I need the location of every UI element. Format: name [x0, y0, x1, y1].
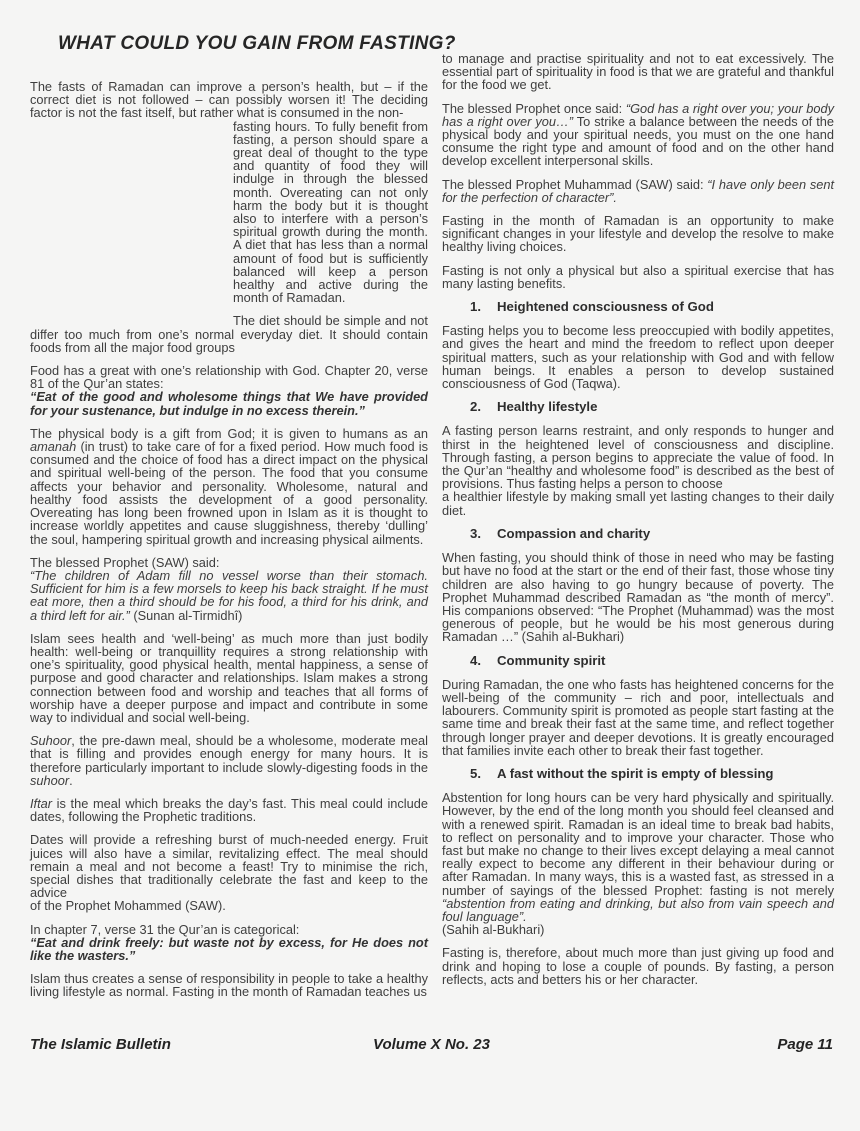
paragraph: In chapter 7, verse 31 the Qur’an is cat… — [30, 923, 428, 963]
section-heading: 5.A fast without the spirit is empty of … — [470, 767, 834, 780]
paragraph: Food has a great with one’s relationship… — [30, 364, 428, 417]
text-run: . — [69, 773, 73, 788]
text-run: Abstention for long hours can be very ha… — [442, 790, 834, 897]
paragraph: The blessed Prophet Muhammad (SAW) said:… — [442, 178, 834, 204]
section-title: Healthy lifestyle — [497, 399, 597, 414]
text-run: Islam thus creates a sense of responsibi… — [30, 971, 428, 999]
section-heading: 2.Healthy lifestyle — [470, 400, 834, 413]
section-number: 5. — [470, 767, 497, 780]
image-placeholder — [30, 120, 233, 318]
paragraph: The physical body is a gift from God; it… — [30, 427, 428, 546]
paragraph: Islam thus creates a sense of responsibi… — [30, 972, 428, 998]
text-run: “Eat of the good and wholesome things th… — [30, 389, 428, 417]
text-run: fasting hours. To fully benefit from fas… — [233, 119, 428, 306]
section-heading: 3.Compassion and charity — [470, 527, 834, 540]
paragraph: When fasting, you should think of those … — [442, 551, 834, 643]
section-title: Heightened consciousness of God — [497, 299, 714, 314]
text-run: During Ramadan, the one who fasts has he… — [442, 677, 834, 758]
text-run: is the meal which breaks the day’s fast.… — [30, 796, 428, 824]
text-run: Fasting is, therefore, about much more t… — [442, 945, 834, 986]
paragraph: to manage and practise spirituality and … — [442, 52, 834, 92]
text-run: When fasting, you should think of those … — [442, 550, 834, 644]
text-run: The fasts of Ramadan can improve a perso… — [30, 79, 428, 120]
paragraph: A fasting person learns restraint, and o… — [442, 424, 834, 516]
section-number: 4. — [470, 654, 497, 667]
page-footer: The Islamic Bulletin Volume X No. 23 Pag… — [30, 1036, 833, 1053]
section-number: 1. — [470, 300, 497, 313]
text-run: , the pre-dawn meal, should be a wholeso… — [30, 733, 428, 774]
text-run: (Sahih al-Bukhari) — [442, 922, 544, 937]
right-column: to manage and practise spirituality and … — [442, 52, 834, 1009]
paragraph: Fasting is not only a physical but also … — [442, 264, 834, 290]
text-run: Islam sees health and ‘well-being’ as mu… — [30, 631, 428, 725]
footer-publication: The Islamic Bulletin — [30, 1036, 171, 1053]
text-run: A fasting person learns restraint, and o… — [442, 423, 834, 491]
paragraph: The blessed Prophet once said: “God has … — [442, 102, 834, 168]
section-heading: 4.Community spirit — [470, 654, 834, 667]
text-run: to manage and practise spirituality and … — [442, 51, 834, 92]
paragraph: The fasts of Ramadan can improve a perso… — [30, 80, 428, 120]
text-run: Food has a great with one’s relationship… — [30, 363, 428, 391]
footer-page-number: Page 11 — [777, 1036, 833, 1053]
section-title: A fast without the spirit is empty of bl… — [497, 766, 773, 781]
text-run: Fasting is not only a physical but also … — [442, 263, 834, 291]
paragraph: Abstention for long hours can be very ha… — [442, 791, 834, 936]
paragraph: The diet should be simple and not differ… — [30, 314, 428, 354]
paragraph: Islam sees health and ‘well-being’ as mu… — [30, 632, 428, 724]
paragraph: Suhoor, the pre-dawn meal, should be a w… — [30, 734, 428, 787]
paragraph: During Ramadan, the one who fasts has he… — [442, 678, 834, 757]
left-column: The fasts of Ramadan can improve a perso… — [30, 52, 428, 1009]
text-run: of the Prophet Mohammed (SAW). — [30, 898, 226, 913]
text-run: “Eat and drink freely: but waste not by … — [30, 935, 428, 963]
section-heading: 1.Heightened consciousness of God — [470, 300, 834, 313]
text-run: Fasting helps you to become less preoccu… — [442, 323, 834, 391]
paragraph: Dates will provide a refreshing burst of… — [30, 833, 428, 912]
footer-volume: Volume X No. 23 — [373, 1036, 490, 1053]
text-run: The diet should be simple and not differ… — [30, 313, 428, 354]
article-body: The fasts of Ramadan can improve a perso… — [30, 52, 834, 1009]
paragraph: Iftar is the meal which breaks the day’s… — [30, 797, 428, 823]
text-run: (Sunan al-Tirmidhî) — [130, 608, 243, 623]
text-run: Dates will provide a refreshing burst of… — [30, 832, 428, 900]
section-number: 2. — [470, 400, 497, 413]
text-run: suhoor — [30, 773, 69, 788]
text-run: “abstention from eating and drinking, bu… — [442, 896, 834, 924]
text-run: (in trust) to take care of for a fixed p… — [30, 439, 428, 546]
section-title: Compassion and charity — [497, 526, 650, 541]
paragraph: Fasting is, therefore, about much more t… — [442, 946, 834, 986]
text-run: Fasting in the month of Ramadan is an op… — [442, 213, 834, 254]
section-title: Community spirit — [497, 653, 605, 668]
paragraph: fasting hours. To fully benefit from fas… — [30, 120, 428, 305]
section-number: 3. — [470, 527, 497, 540]
paragraph: Fasting in the month of Ramadan is an op… — [442, 214, 834, 254]
paragraph: Fasting helps you to become less preoccu… — [442, 324, 834, 390]
paragraph: The blessed Prophet (SAW) said:“The chil… — [30, 556, 428, 622]
text-run: a healthier lifestyle by making small ye… — [442, 489, 834, 517]
